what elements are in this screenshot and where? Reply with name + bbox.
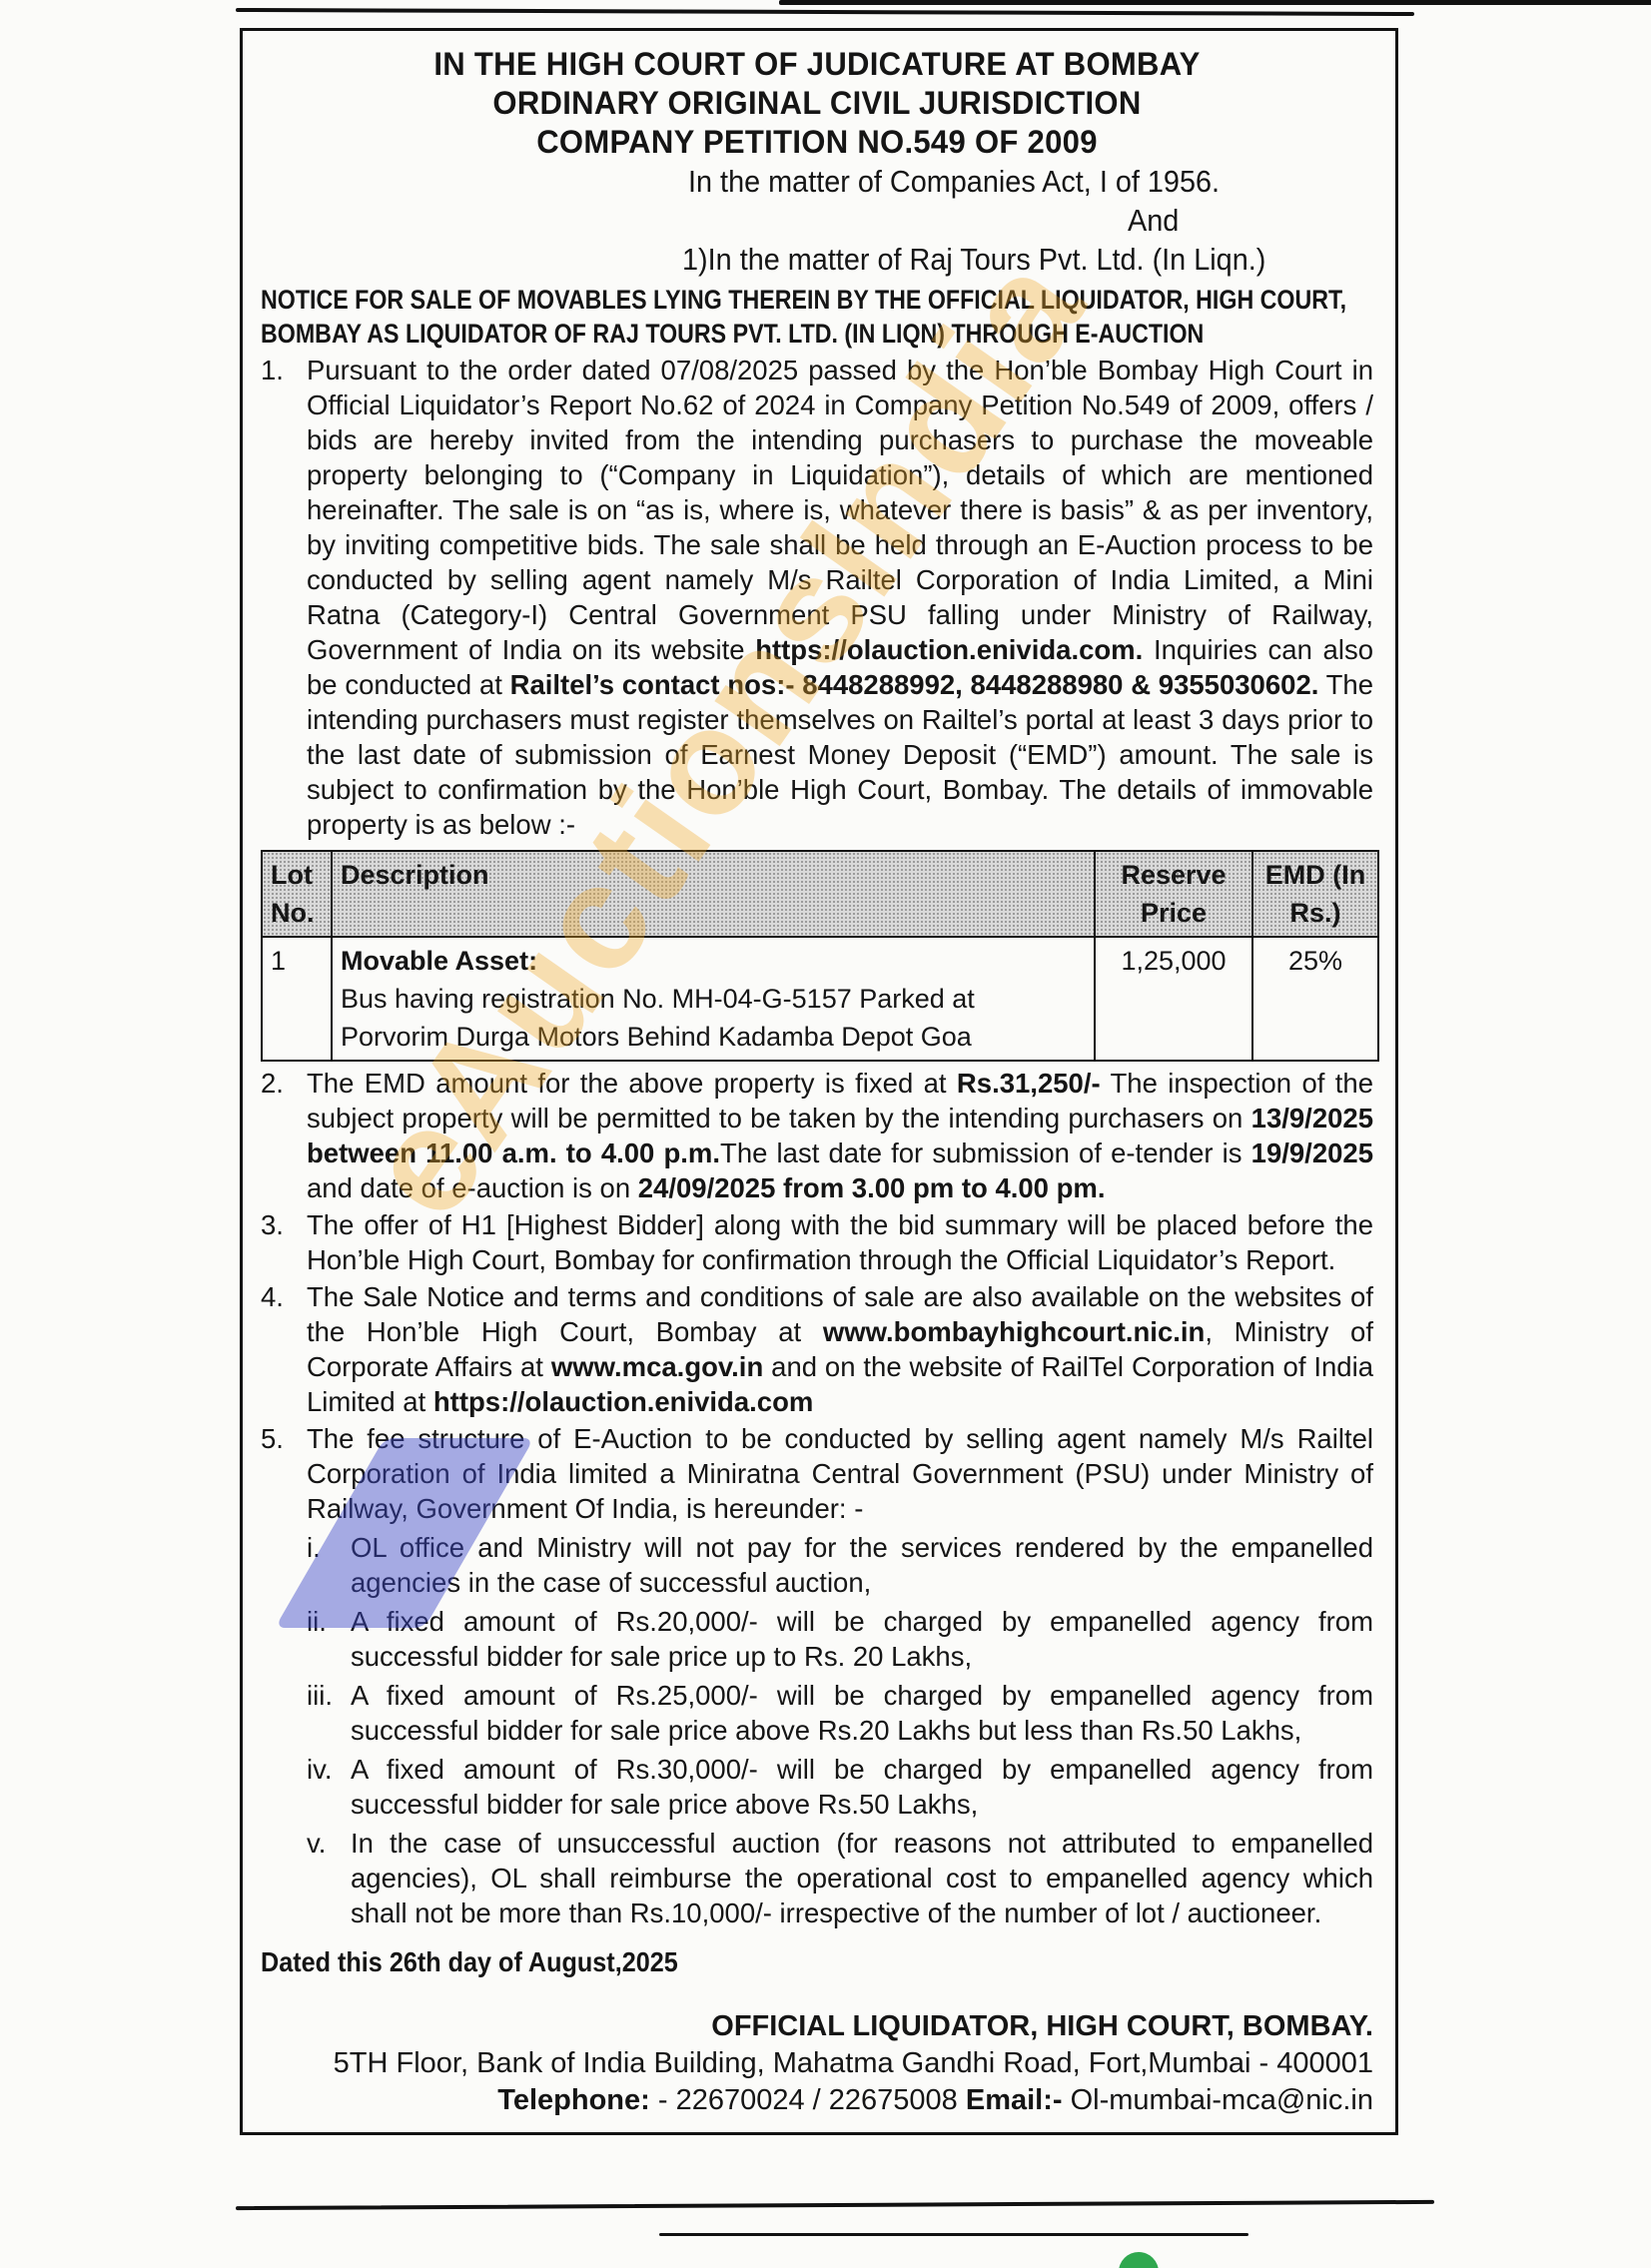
bottom-rule-1 xyxy=(236,2200,1434,2210)
lot-number: 1 xyxy=(262,937,332,1061)
email-address[interactable]: Ol-mumbai-mca@nic.in xyxy=(1063,2084,1373,2116)
contact-line: Telephone: - 22670024 / 22675008 Email:-… xyxy=(261,2082,1373,2119)
bottom-rule-2 xyxy=(659,2233,1248,2236)
auction-date: 24/09/2025 from 3.00 pm to 4.00 pm. xyxy=(638,1172,1106,1203)
reserve-price: 1,25,000 xyxy=(1095,937,1252,1061)
last-date: 19/9/2025 xyxy=(1251,1137,1373,1168)
paragraph-number: 1. xyxy=(261,353,307,842)
green-logo-icon xyxy=(1119,2252,1159,2268)
court-heading-1: IN THE HIGH COURT OF JUDICATURE AT BOMBA… xyxy=(278,45,1357,84)
dated-line: Dated this 26th day of August,2025 xyxy=(261,1946,1262,1978)
signature-block: OFFICIAL LIQUIDATOR, HIGH COURT, BOMBAY.… xyxy=(261,2008,1373,2119)
olauction-link[interactable]: https://olauction.enivida.com xyxy=(433,1386,813,1417)
col-emd: EMD (In Rs.) xyxy=(1252,851,1378,937)
mca-link[interactable]: www.mca.gov.in xyxy=(551,1351,763,1382)
bombay-hc-link[interactable]: www.bombayhighcourt.nic.in xyxy=(823,1316,1205,1347)
fee-item: v.In the case of unsuccessful auction (f… xyxy=(261,1826,1373,1930)
notice-subject: NOTICE FOR SALE OF MOVABLES LYING THEREI… xyxy=(261,283,1368,351)
col-reserve-price: Reserve Price xyxy=(1095,851,1252,937)
fee-item: iii.A fixed amount of Rs.25,000/- will b… xyxy=(261,1678,1373,1748)
table-header-row: Lot No. Description Reserve Price EMD (I… xyxy=(262,851,1378,937)
matter-line-2: And xyxy=(1128,201,1356,240)
telephone-numbers: - 22670024 / 22675008 xyxy=(650,2084,966,2116)
emd-amount: Rs.31,250/- xyxy=(957,1068,1101,1099)
paragraph-3: 3. The offer of H1 [Highest Bidder] alon… xyxy=(261,1207,1373,1277)
fee-item: iv.A fixed amount of Rs.30,000/- will be… xyxy=(261,1752,1373,1822)
court-heading-3: COMPANY PETITION NO.549 OF 2009 xyxy=(278,123,1357,162)
signatory-office: OFFICIAL LIQUIDATOR, HIGH COURT, BOMBAY. xyxy=(261,2008,1373,2045)
top-rule-2 xyxy=(236,8,1414,16)
office-address: 5TH Floor, Bank of India Building, Mahat… xyxy=(261,2045,1373,2082)
paragraph-4: 4. The Sale Notice and terms and conditi… xyxy=(261,1279,1373,1419)
emd-value: 25% xyxy=(1252,937,1378,1061)
court-heading-2: ORDINARY ORIGINAL CIVIL JURISDICTION xyxy=(278,84,1357,123)
col-lot-no: Lot No. xyxy=(262,851,332,937)
contact-numbers: Railtel’s contact nos:- 8448288992, 8448… xyxy=(510,669,1319,700)
matter-line-1: In the matter of Companies Act, I of 195… xyxy=(688,162,1325,201)
top-rule-1 xyxy=(779,0,1651,5)
